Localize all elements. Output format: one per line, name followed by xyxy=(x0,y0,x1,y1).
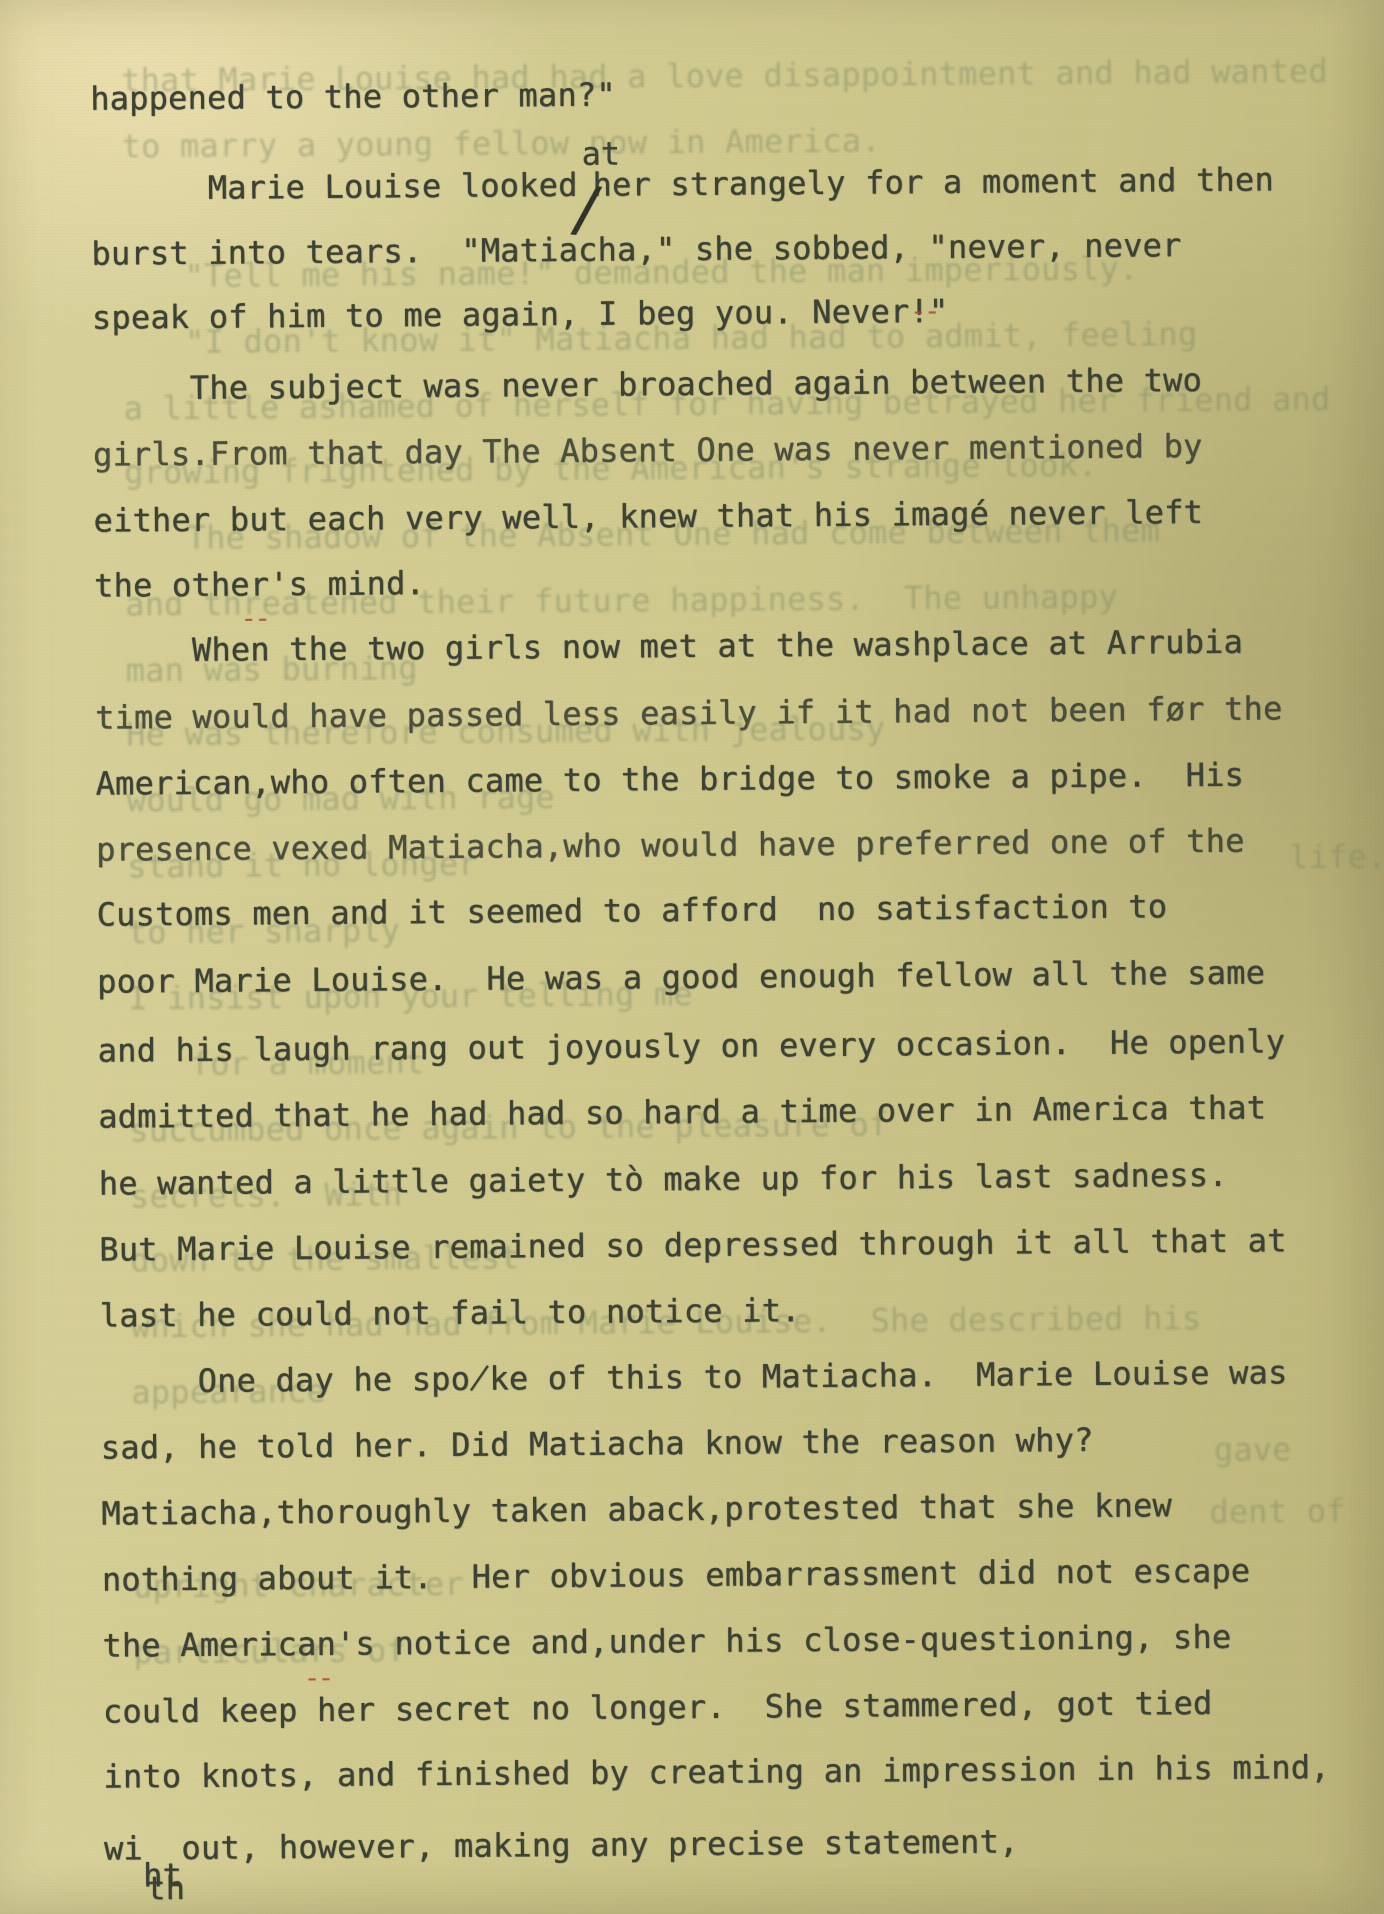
typed-line: But Marie Louise remained so depressed t… xyxy=(99,1224,1287,1265)
bleedthrough-line: life. xyxy=(1289,841,1384,874)
typed-line: Marie Louise looked∕her strangely for a … xyxy=(91,163,1274,204)
manuscript-page: that Marie Louise had had a love disappo… xyxy=(0,0,1384,1914)
bleedthrough-line: to marry a young fellow now in America. xyxy=(121,124,880,162)
bleedthrough-line: dent of xyxy=(1209,1495,1346,1528)
typed-line-segment: her strangely for a moment and then xyxy=(592,160,1274,203)
typed-line: nothing about it. Her obvious embarrassm… xyxy=(102,1555,1251,1596)
typed-line: sad, he told her. Did Matiacha know the … xyxy=(101,1424,1094,1464)
typed-line: Matiacha,thoroughly taken aback,proteste… xyxy=(101,1489,1172,1529)
typed-line-segment: Marie Louise looked xyxy=(91,166,578,208)
typed-line-segment: wi xyxy=(104,1829,143,1867)
typed-line: speak of him to me again, I beg you. Nev… xyxy=(92,295,949,334)
bleedthrough-line: gave xyxy=(1214,1433,1292,1466)
typed-line: happened to the other man?" xyxy=(90,79,616,115)
typed-line: into knots, and finished by creating an … xyxy=(103,1751,1330,1793)
typed-line: presence vexed Matiacha,who would have p… xyxy=(96,825,1245,866)
typed-line: could keep her secret no longer. She sta… xyxy=(103,1687,1213,1728)
overstrike-bottom: th xyxy=(146,1872,185,1904)
red-correction-mark: -- xyxy=(304,1661,332,1694)
typed-line-segment: out, however, making any precise stateme… xyxy=(181,1822,1018,1867)
typed-line: burst into tears. "Matiacha," she sobbed… xyxy=(91,229,1181,270)
typed-line: time would have passed less easily if it… xyxy=(95,692,1283,733)
typed-line: and his laugh rang out joyously on every… xyxy=(98,1025,1286,1066)
typed-line: last he could not fail to notice it. xyxy=(100,1294,801,1332)
red-correction-mark: -- xyxy=(910,294,938,327)
typed-line: wihtthout, however, making any precise s… xyxy=(104,1825,1019,1864)
typed-line: the American's notice and,under his clos… xyxy=(102,1621,1231,1662)
typed-line: either but each very well, knew that his… xyxy=(93,496,1203,537)
red-correction-mark: -- xyxy=(240,601,268,634)
typed-line: Customs men and it seemed to afford no s… xyxy=(97,890,1168,930)
typed-line: One day he spo̸ke of this to Matiacha. M… xyxy=(100,1356,1287,1397)
typed-line: the other's mind. xyxy=(94,567,425,602)
typed-line: The subject was never broached again bet… xyxy=(92,364,1202,405)
typed-line: American,who often came to the bridge to… xyxy=(95,759,1244,800)
typed-line: he wanted a little gaiety tò make up for… xyxy=(99,1159,1228,1200)
typed-line: poor Marie Louise. He was a good enough … xyxy=(97,957,1265,998)
typed-line: admitted that he had had so hard a time … xyxy=(98,1091,1266,1132)
typed-line: girls.From that day The Absent One was n… xyxy=(93,430,1203,471)
